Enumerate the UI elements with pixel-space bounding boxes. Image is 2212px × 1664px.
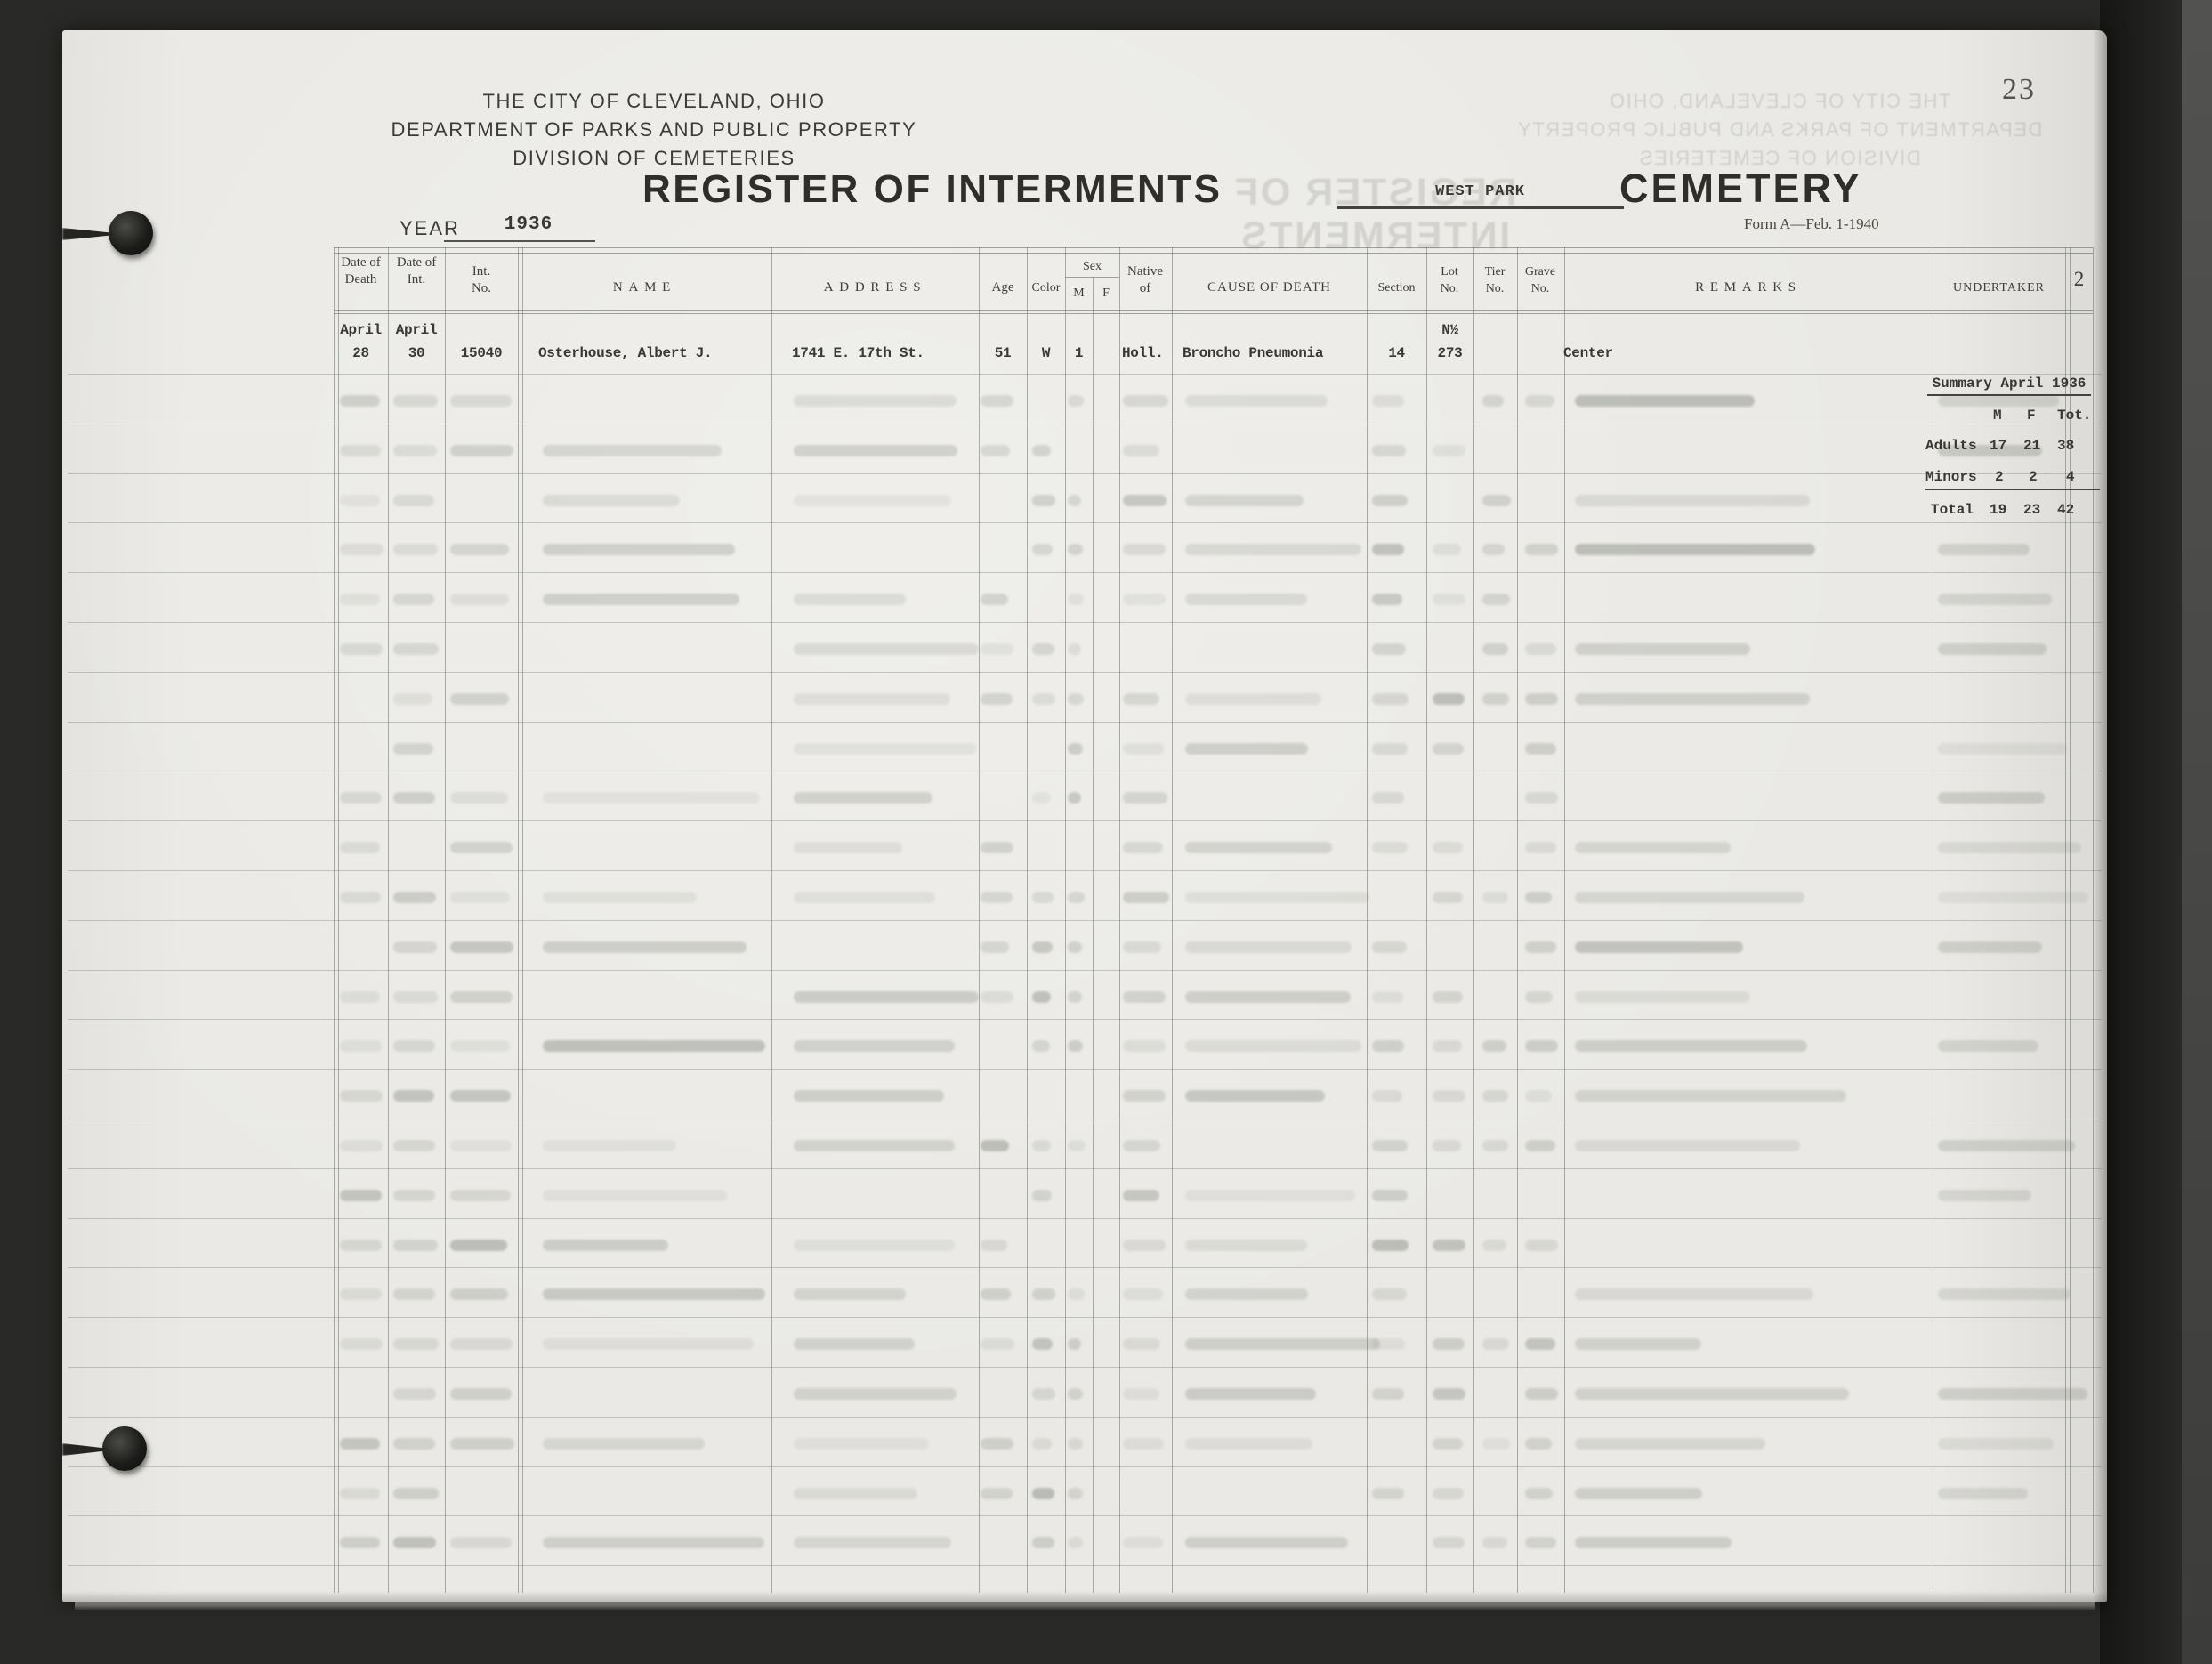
bleedthrough-smudge xyxy=(393,1488,439,1499)
page-number: 23 xyxy=(2002,73,2036,107)
bleedthrough-smudge xyxy=(1372,1388,1404,1400)
col-header-sex-f: F xyxy=(1093,285,1119,302)
summary-row-m: 17 xyxy=(1990,438,2006,454)
bleedthrough-smudge xyxy=(1123,941,1161,953)
bleedthrough-smudge xyxy=(393,991,438,1003)
bleedthrough-smudge xyxy=(1525,544,1558,555)
bleedthrough-smudge xyxy=(1433,1140,1461,1151)
bleedthrough-smudge xyxy=(1068,892,1085,903)
bleedthrough-smudge xyxy=(1372,693,1409,705)
bleedthrough-smudge xyxy=(1068,395,1084,407)
bleedthrough-smudge xyxy=(1525,892,1552,903)
record-int-month: April xyxy=(388,322,445,338)
bleedthrough-smudge xyxy=(340,1140,383,1151)
grid-line xyxy=(522,247,523,1593)
book-gutter-shadow xyxy=(2100,0,2189,1664)
bleedthrough-smudge xyxy=(981,941,1009,953)
bleedthrough-smudge xyxy=(1372,842,1408,853)
bleedthrough-smudge xyxy=(393,544,438,555)
bleedthrough-smudge xyxy=(1185,1090,1325,1102)
bleedthrough-smudge xyxy=(1938,842,2081,853)
bleedthrough-smudge xyxy=(1372,991,1403,1003)
bleedthrough-smudge xyxy=(1185,1338,1380,1350)
bleedthrough-smudge xyxy=(1068,693,1084,705)
bleedthrough-smudge xyxy=(1938,1190,2031,1201)
bleedthrough-smudge xyxy=(543,1288,765,1300)
bleedthrough-smudge xyxy=(1482,544,1505,555)
bleedthrough-smudge xyxy=(794,594,906,605)
bleedthrough-smudge xyxy=(981,892,1013,903)
bleedthrough-smudge xyxy=(1123,544,1166,555)
bleedthrough-smudge xyxy=(794,1537,951,1548)
bleedthrough-smudge xyxy=(543,892,697,903)
col-header-undertaker: UNDERTAKER xyxy=(1933,279,2065,296)
grid-line xyxy=(68,622,2102,623)
bleedthrough-smudge xyxy=(340,892,381,903)
bleedthrough-smudge xyxy=(1433,1438,1463,1450)
bleedthrough-smudge xyxy=(1068,1488,1083,1499)
grid-line xyxy=(68,672,2102,673)
bleedthrough-smudge xyxy=(1123,1040,1166,1052)
grid-line xyxy=(68,820,2102,821)
bleedthrough-smudge xyxy=(1525,1388,1558,1400)
grid-line xyxy=(1027,247,1028,1593)
bleedthrough-smudge xyxy=(1525,1240,1558,1251)
bleedthrough-smudge xyxy=(1433,445,1465,456)
bleedthrough-smudge xyxy=(1575,1040,1807,1052)
bleedthrough-smudge xyxy=(1032,544,1053,555)
bleedthrough-smudge xyxy=(1433,1240,1465,1251)
bleedthrough-smudge xyxy=(450,1288,508,1300)
bleedthrough-smudge xyxy=(1575,1537,1732,1548)
record-death-day: 28 xyxy=(334,345,388,361)
bleedthrough-smudge xyxy=(794,743,976,755)
bleedthrough-smudge xyxy=(981,1140,1009,1151)
grid-line xyxy=(334,247,2093,248)
bleedthrough-smudge xyxy=(393,1388,436,1400)
bleedthrough-smudge xyxy=(340,1537,380,1548)
bleedthrough-smudge xyxy=(794,1140,955,1151)
bleedthrough-smudge xyxy=(1032,693,1055,705)
bleedthrough-smudge xyxy=(981,1438,1013,1450)
bleedthrough-smudge xyxy=(1185,495,1304,506)
record-section: 14 xyxy=(1367,345,1426,361)
bleedthrough-smudge xyxy=(1032,1040,1050,1052)
bleedthrough-smudge xyxy=(340,445,381,456)
bleedthrough-smudge xyxy=(1938,544,2030,555)
col-header-sex: Sex xyxy=(1065,258,1119,275)
bleedthrough-smudge xyxy=(1123,1190,1159,1201)
bleedthrough-smudge xyxy=(1482,395,1504,407)
bleedthrough-smudge xyxy=(543,1040,765,1052)
summary-row-tot: 38 xyxy=(2057,438,2074,454)
bleedthrough-smudge xyxy=(1433,1338,1465,1350)
bleedthrough-smudge xyxy=(1575,892,1804,903)
bleedthrough-smudge xyxy=(450,842,513,853)
record-remarks: Center xyxy=(1563,345,1613,361)
col-header-tier-no: Tier No. xyxy=(1480,263,1510,297)
bleedthrough-smudge xyxy=(1482,1338,1509,1350)
grid-line xyxy=(1564,247,1565,1593)
bleedthrough-smudge xyxy=(1068,1140,1086,1151)
bleedthrough-smudge xyxy=(1185,544,1361,555)
bleedthrough-smudge xyxy=(1032,1438,1052,1450)
bleedthrough-smudge xyxy=(1433,743,1464,755)
bleedthrough-smudge xyxy=(393,1090,434,1102)
form-number-note: Form A—Feb. 1-1940 xyxy=(1744,215,1879,233)
bleedthrough-smudge xyxy=(1123,743,1164,755)
bleedthrough-smudge xyxy=(340,544,383,555)
grid-line xyxy=(334,247,335,1593)
summary-row-f: 21 xyxy=(2023,438,2040,454)
bleedthrough-smudge xyxy=(794,693,950,705)
bleedthrough-smudge xyxy=(393,495,434,506)
bleedthrough-smudge xyxy=(340,792,382,804)
bleedthrough-smudge xyxy=(1185,395,1328,407)
bleedthrough-smudge xyxy=(393,941,437,953)
bleedthrough-smudge xyxy=(1938,941,2042,953)
bleedthrough-smudge xyxy=(981,643,1013,655)
summary-col-m: M xyxy=(1993,408,2002,424)
bleedthrough-smudge xyxy=(1938,1140,2075,1151)
bleedthrough-smudge xyxy=(340,1288,382,1300)
bleedthrough-smudge xyxy=(1123,1090,1166,1102)
bleedthrough-smudge xyxy=(1482,643,1508,655)
bleedthrough-smudge xyxy=(393,594,434,605)
bleedthrough-smudge xyxy=(543,544,735,555)
bleedthrough-smudge xyxy=(1482,1240,1506,1251)
bleedthrough-smudge xyxy=(1032,1338,1053,1350)
bleedthrough-smudge xyxy=(393,395,438,407)
bleedthrough-smudge xyxy=(1185,1190,1355,1201)
bleedthrough-smudge xyxy=(794,1240,955,1251)
grid-line xyxy=(334,313,2093,314)
bleedthrough-smudge xyxy=(393,1438,435,1450)
bleedthrough-smudge xyxy=(1575,544,1815,555)
bleedthrough-smudge xyxy=(450,1388,512,1400)
grid-line xyxy=(2093,247,2094,1593)
letterhead-line1: THE CITY OF CLEVELAND, OHIO xyxy=(267,87,1041,116)
bleedthrough-smudge xyxy=(543,1140,676,1151)
bleedthrough-smudge xyxy=(1068,544,1083,555)
bleedthrough-smudge xyxy=(1372,1288,1407,1300)
bleedthrough-smudge xyxy=(794,842,902,853)
bleedthrough-smudge xyxy=(450,941,513,953)
grid-line xyxy=(68,374,2102,375)
record-int-day: 30 xyxy=(388,345,445,361)
bleedthrough-smudge xyxy=(1525,643,1556,655)
bleedthrough-smudge xyxy=(1372,1240,1409,1251)
bleedthrough-smudge xyxy=(450,1140,512,1151)
grid-line xyxy=(68,1119,2102,1119)
punch-hole-top xyxy=(109,211,153,255)
bleedthrough-smudge xyxy=(543,1438,705,1450)
bleedthrough-smudge xyxy=(1433,1488,1464,1499)
bleedthrough-smudge xyxy=(543,445,722,456)
bleedthrough-smudge xyxy=(794,495,951,506)
summary-row-label: Total xyxy=(1931,502,1974,518)
bleedthrough-smudge xyxy=(981,1288,1011,1300)
bleedthrough-smudge xyxy=(1433,544,1461,555)
bleedthrough-smudge xyxy=(1185,594,1307,605)
bleedthrough-smudge xyxy=(1433,1090,1465,1102)
col-header-date-of-death: Date of Death xyxy=(334,254,388,288)
bleedthrough-smudge xyxy=(794,1040,955,1052)
bleedthrough-smudge xyxy=(1123,1240,1166,1251)
bleedthrough-smudge xyxy=(1068,991,1082,1003)
cemetery-name-value: WEST PARK xyxy=(1337,183,1623,200)
bleedthrough-smudge xyxy=(794,1488,917,1499)
bleedthrough-smudge xyxy=(393,1537,436,1548)
bleedthrough-smudge xyxy=(1575,941,1743,953)
record-death-month: April xyxy=(334,322,388,338)
bleedthrough-smudge xyxy=(1372,445,1406,456)
bleedthrough-smudge xyxy=(1372,743,1408,755)
bleedthrough-smudge xyxy=(1032,792,1051,804)
bleedthrough-smudge xyxy=(1123,792,1167,804)
record-lot-prefix: N½ xyxy=(1426,322,1473,338)
bleedthrough-smudge xyxy=(1575,643,1750,655)
bleedthrough-smudge xyxy=(1372,395,1404,407)
bleedthrough-smudge xyxy=(1372,1338,1405,1350)
bleedthrough-smudge xyxy=(981,1488,1013,1499)
bleedthrough-smudge xyxy=(1123,445,1159,456)
grid-line xyxy=(68,771,2102,771)
bleedthrough-smudge xyxy=(794,1388,957,1400)
bleedthrough-smudge xyxy=(340,495,380,506)
bleedthrough-smudge xyxy=(1185,842,1332,853)
grid-line xyxy=(68,1466,2102,1467)
bleedthrough-smudge xyxy=(393,892,436,903)
bleedthrough-smudge xyxy=(1032,1388,1055,1400)
bleedthrough-smudge xyxy=(1938,1438,2054,1450)
bleedthrough-smudge xyxy=(1525,1338,1555,1350)
ghost-letterhead-line: DEPARTMENT OF PARKS AND PUBLIC PROPERTY xyxy=(1437,116,2107,144)
grid-line xyxy=(771,247,772,1593)
letterhead-line2: DEPARTMENT OF PARKS AND PUBLIC PROPERTY xyxy=(267,116,1041,144)
year-underline xyxy=(444,240,595,242)
bleedthrough-smudge xyxy=(1525,693,1558,705)
bleedthrough-smudge xyxy=(450,1240,507,1251)
bleedthrough-smudge xyxy=(1032,1140,1051,1151)
bleedthrough-smudge xyxy=(340,1438,380,1450)
bleedthrough-smudge xyxy=(1482,1040,1506,1052)
bleedthrough-smudge xyxy=(450,1338,513,1350)
bleedthrough-smudge xyxy=(1525,743,1556,755)
bleedthrough-smudge xyxy=(1482,1090,1508,1102)
bleedthrough-smudge xyxy=(1372,594,1402,605)
bleedthrough-smudge xyxy=(393,1140,435,1151)
bleedthrough-smudge xyxy=(1032,495,1055,506)
bleedthrough-smudge xyxy=(1123,1288,1163,1300)
col-header-name: NAME xyxy=(518,279,771,296)
bleedthrough-smudge xyxy=(1068,792,1081,804)
bleedthrough-smudge xyxy=(794,1338,915,1350)
bleedthrough-smudge xyxy=(1068,1438,1083,1450)
bleedthrough-smudge xyxy=(1938,395,2059,407)
grid-line xyxy=(68,1168,2102,1169)
grid-line xyxy=(334,310,2093,311)
summary-minors-underline xyxy=(1925,489,2100,490)
col-header-color: Color xyxy=(1027,279,1065,296)
bleedthrough-smudge xyxy=(450,594,509,605)
summary-title: Summary April 1936 xyxy=(1927,376,2091,396)
bleedthrough-smudge xyxy=(794,991,979,1003)
bleedthrough-smudge xyxy=(1032,941,1053,953)
bleedthrough-smudge xyxy=(1068,495,1081,506)
bleedthrough-smudge xyxy=(1032,1488,1054,1499)
col-header-address: ADDRESS xyxy=(771,279,979,296)
bleedthrough-smudge xyxy=(1068,643,1081,655)
bleedthrough-smudge xyxy=(1068,1388,1083,1400)
bleedthrough-smudge xyxy=(340,1090,383,1102)
bleedthrough-smudge xyxy=(1185,693,1321,705)
bleedthrough-smudge xyxy=(1938,743,2067,755)
bleedthrough-smudge xyxy=(1575,842,1731,853)
bleedthrough-smudge xyxy=(1068,941,1082,953)
bleedthrough-smudge xyxy=(1068,1537,1083,1548)
bleedthrough-smudge xyxy=(340,1240,382,1251)
summary-row-f: 23 xyxy=(2023,502,2040,518)
col-header-grave-no: Grave No. xyxy=(1521,263,1560,297)
col-header-sex-m: M xyxy=(1065,285,1093,302)
grid-line xyxy=(1367,247,1368,1593)
grid-line xyxy=(68,970,2102,971)
bleedthrough-smudge xyxy=(450,445,513,456)
record-native-of: Holl. xyxy=(1122,345,1164,361)
grid-line xyxy=(1517,247,1518,1593)
bleedthrough-smudge xyxy=(450,892,510,903)
bleedthrough-smudge xyxy=(1123,1388,1159,1400)
bleedthrough-smudge xyxy=(393,1288,435,1300)
bleedthrough-smudge xyxy=(1482,693,1509,705)
bleedthrough-smudge xyxy=(1068,1040,1083,1052)
grid-line xyxy=(68,1069,2102,1070)
grid-line xyxy=(68,722,2102,723)
summary-row-label: Minors xyxy=(1925,469,1977,485)
record-int-no: 15040 xyxy=(445,345,518,361)
grid-line xyxy=(68,1317,2102,1318)
bleedthrough-smudge xyxy=(1433,594,1465,605)
bleedthrough-smudge xyxy=(450,792,508,804)
bleedthrough-smudge xyxy=(1372,1488,1404,1499)
grid-line xyxy=(68,870,2102,871)
bleedthrough-smudge xyxy=(1482,495,1511,506)
bleedthrough-smudge xyxy=(1372,643,1406,655)
bleedthrough-smudge xyxy=(340,991,380,1003)
grid-line xyxy=(68,1019,2102,1020)
bleedthrough-smudge xyxy=(1482,594,1510,605)
bleedthrough-smudge xyxy=(1372,941,1407,953)
grid-line xyxy=(338,247,339,1593)
bleedthrough-smudge xyxy=(450,1190,511,1201)
bleedthrough-smudge xyxy=(1123,991,1166,1003)
bleedthrough-smudge xyxy=(340,395,380,407)
bleedthrough-smudge xyxy=(981,842,1013,853)
bleedthrough-smudge xyxy=(450,1438,514,1450)
bleedthrough-smudge xyxy=(1185,1240,1307,1251)
bleedthrough-smudge xyxy=(1525,1537,1556,1548)
summary-row-tot: 42 xyxy=(2057,502,2074,518)
grid-line xyxy=(68,473,2102,474)
bleedthrough-smudge xyxy=(1575,1338,1701,1350)
grid-line xyxy=(68,572,2102,573)
bleedthrough-smudge xyxy=(393,1190,435,1201)
bleedthrough-smudge xyxy=(340,1190,382,1201)
letterhead: THE CITY OF CLEVELAND, OHIO DEPARTMENT O… xyxy=(267,87,1041,173)
bleedthrough-smudge xyxy=(1433,1388,1465,1400)
bleedthrough-smudge xyxy=(450,693,509,705)
grid-line xyxy=(1426,247,1427,1593)
bleedthrough-smudge xyxy=(1575,395,1755,407)
grid-line xyxy=(979,247,980,1593)
bleedthrough-smudge xyxy=(1525,1090,1552,1102)
bleedthrough-smudge xyxy=(1185,1438,1312,1450)
grid-line xyxy=(68,522,2102,523)
grid-line xyxy=(1172,247,1173,1593)
bleedthrough-smudge xyxy=(1372,1090,1402,1102)
bleedthrough-smudge xyxy=(393,1240,438,1251)
bleedthrough-smudge xyxy=(1123,1537,1163,1548)
bleedthrough-smudge xyxy=(393,743,433,755)
bleedthrough-smudge xyxy=(450,991,513,1003)
bleedthrough-smudge xyxy=(543,1190,727,1201)
grid-line xyxy=(68,1367,2102,1368)
grid-line xyxy=(68,1515,2102,1516)
grid-line xyxy=(1093,277,1094,1593)
bleedthrough-smudge xyxy=(794,395,957,407)
bleedthrough-smudge xyxy=(450,544,509,555)
bleedthrough-smudge xyxy=(1123,1438,1164,1450)
grid-line xyxy=(68,920,2102,921)
bleedthrough-smudge xyxy=(450,1537,512,1548)
bleedthrough-smudge xyxy=(1433,693,1465,705)
bleedthrough-smudge xyxy=(1032,1537,1054,1548)
record-color: W xyxy=(1027,345,1065,361)
bleedthrough-smudge xyxy=(981,395,1013,407)
bleedthrough-smudge xyxy=(794,643,979,655)
bleedthrough-smudge xyxy=(1525,1438,1552,1450)
col-header-cause-of-death: CAUSE OF DEATH xyxy=(1172,279,1367,296)
grid-line xyxy=(445,247,446,1593)
punch-hole-top-tear xyxy=(62,228,114,240)
bleedthrough-smudge xyxy=(1938,1288,2071,1300)
bleedthrough-smudge xyxy=(1575,1090,1846,1102)
bleedthrough-smudge xyxy=(1032,991,1051,1003)
grid-line xyxy=(1065,247,1066,1593)
bleedthrough-smudge xyxy=(1938,643,2047,655)
col-header-date-of-int: Date of Int. xyxy=(388,254,445,288)
bleedthrough-smudge xyxy=(1185,1288,1308,1300)
bleedthrough-smudge xyxy=(1575,1140,1800,1151)
grid-line xyxy=(1119,247,1120,1593)
bleedthrough-smudge xyxy=(1032,643,1054,655)
bleedthrough-smudge xyxy=(1433,1040,1462,1052)
bleedthrough-smudge xyxy=(1938,1388,2087,1400)
bleedthrough-smudge xyxy=(450,1090,511,1102)
bleedthrough-smudge xyxy=(543,1537,764,1548)
page-title: REGISTER OF INTERMENTS xyxy=(642,167,1222,212)
summary-col-f: F xyxy=(2027,408,2036,424)
record-cause-of-death: Broncho Pneumonia xyxy=(1183,345,1323,361)
bleedthrough-smudge xyxy=(393,643,439,655)
bleedthrough-smudge xyxy=(1123,693,1159,705)
grid-line xyxy=(388,247,389,1593)
punch-hole-bottom xyxy=(102,1426,147,1471)
bleedthrough-smudge xyxy=(1938,1488,2028,1499)
bleedthrough-smudge xyxy=(1372,1140,1408,1151)
bleedthrough-smudge xyxy=(543,594,739,605)
